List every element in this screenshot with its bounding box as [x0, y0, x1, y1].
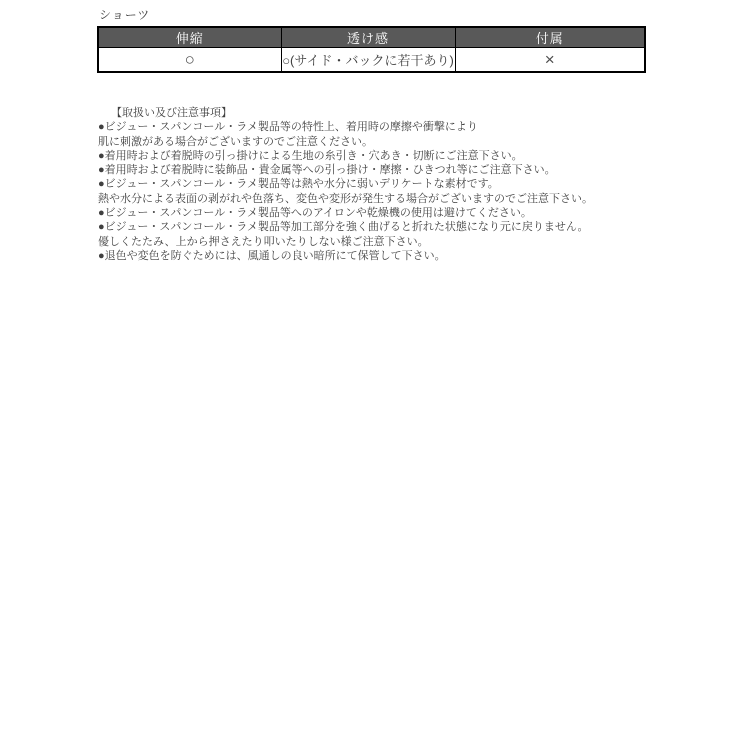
care-note-line: ●ビジュー・スパンコール・ラメ製品等の特性上、着用時の摩擦や衝撃により	[98, 120, 698, 134]
spec-table-header: 伸縮 透け感 付属	[98, 27, 645, 48]
care-note-line: ●ビジュー・スパンコール・ラメ製品等へのアイロンや乾燥機の使用は避けてください。	[98, 206, 698, 220]
spec-table: 伸縮 透け感 付属 ○ ○(サイド・バックに若干あり) ×	[97, 26, 646, 73]
care-notes-heading: 【取扱い及び注意事項】	[98, 106, 698, 120]
care-note-line: 肌に刺激がある場合がございますのでご注意ください。	[98, 135, 698, 149]
care-note-line: ●退色や変色を防ぐためには、風通しの良い暗所にて保管して下さい。	[98, 249, 698, 263]
care-note-line: ●着用時および着脱時に装飾品・貴金属等への引っ掛け・摩擦・ひきつれ等にご注意下さ…	[98, 163, 698, 177]
product-description-page: ショーツ 伸縮 透け感 付属 ○ ○(サイド・バックに若干あり) × 【取扱い及…	[0, 0, 740, 740]
care-note-line: 優しくたたみ、上から押さえたり叩いたりしない様ご注意下さい。	[98, 235, 698, 249]
spec-header-sheerness: 透け感	[281, 27, 455, 48]
product-title: ショーツ	[99, 6, 150, 23]
spec-value-stretch: ○	[98, 48, 281, 73]
spec-value-attachment: ×	[455, 48, 645, 73]
spec-value-row: ○ ○(サイド・バックに若干あり) ×	[98, 48, 645, 73]
spec-header-row: 伸縮 透け感 付属	[98, 27, 645, 48]
care-note-line: ●ビジュー・スパンコール・ラメ製品等加工部分を強く曲げると折れた状態になり元に戻…	[98, 220, 698, 234]
spec-header-stretch: 伸縮	[98, 27, 281, 48]
care-notes: 【取扱い及び注意事項】 ●ビジュー・スパンコール・ラメ製品等の特性上、着用時の摩…	[98, 106, 698, 263]
spec-table-body: ○ ○(サイド・バックに若干あり) ×	[98, 48, 645, 73]
care-note-line: 熱や水分による表面の剥がれや色落ち、変色や変形が発生する場合がございますのでご注…	[98, 192, 698, 206]
spec-header-attachment: 付属	[455, 27, 645, 48]
care-note-line: ●着用時および着脱時の引っ掛けによる生地の糸引き・穴あき・切断にご注意下さい。	[98, 149, 698, 163]
care-note-line: ●ビジュー・スパンコール・ラメ製品等は熱や水分に弱いデリケートな素材です。	[98, 177, 698, 191]
spec-value-sheerness: ○(サイド・バックに若干あり)	[281, 48, 455, 73]
